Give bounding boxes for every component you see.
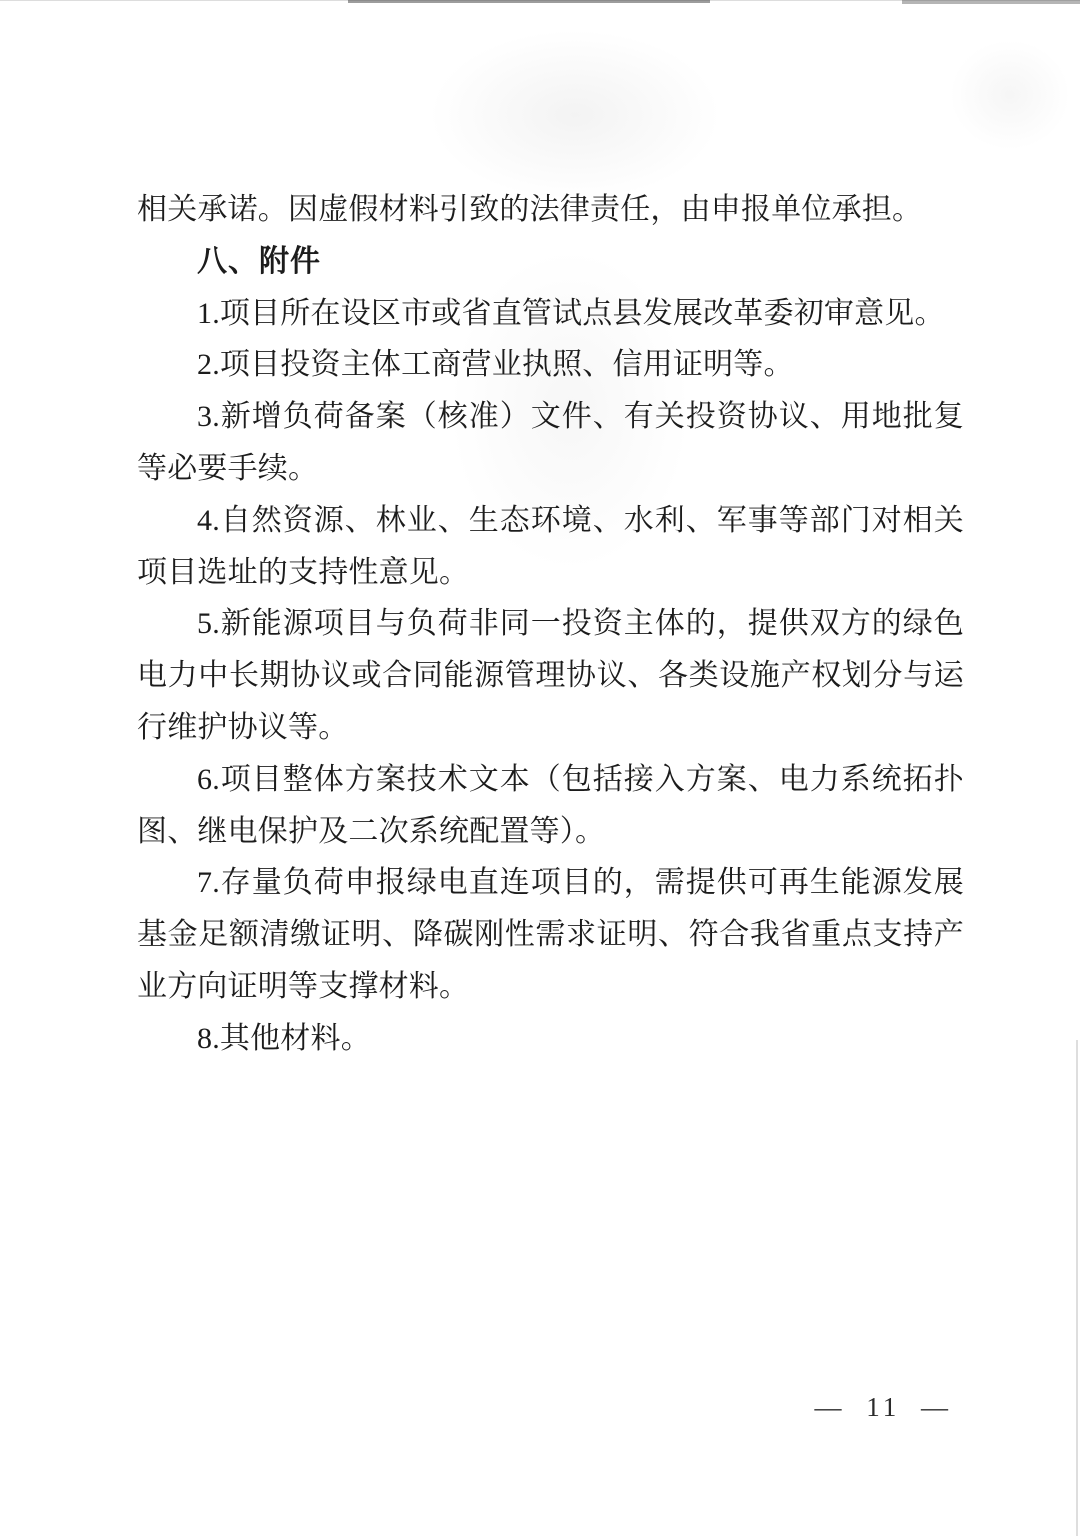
section-heading-attachments: 八、附件 bbox=[137, 236, 964, 288]
list-item-2: 2.项目投资主体工商营业执照、信用证明等。 bbox=[137, 339, 964, 391]
list-item-7: 7.存量负荷申报绿电直连项目的，需提供可再生能源发展基金足额清缴证明、降碳刚性需… bbox=[137, 857, 964, 1012]
scan-artifact-smudge bbox=[950, 40, 1070, 150]
list-item-4: 4.自然资源、林业、生态环境、水利、军事等部门对相关项目选址的支持性意见。 bbox=[137, 495, 964, 599]
list-item-8: 8.其他材料。 bbox=[137, 1013, 964, 1065]
page-number: — 11 — bbox=[815, 1392, 953, 1423]
scan-artifact-right-edge-line bbox=[1076, 1040, 1078, 1536]
continuation-paragraph: 相关承诺。因虚假材料引致的法律责任，由申报单位承担。 bbox=[137, 184, 964, 236]
scan-artifact-top-edge-segment bbox=[348, 0, 710, 3]
list-item-6: 6.项目整体方案技术文本（包括接入方案、电力系统拓扑图、继电保护及二次系统配置等… bbox=[137, 754, 964, 858]
list-item-1: 1.项目所在设区市或省直管试点县发展改革委初审意见。 bbox=[137, 288, 964, 340]
scan-artifact-top-edge-segment bbox=[902, 0, 1080, 4]
document-page: 相关承诺。因虚假材料引致的法律责任，由申报单位承担。 八、附件 1.项目所在设区… bbox=[0, 0, 1080, 1536]
list-item-5: 5.新能源项目与负荷非同一投资主体的，提供双方的绿色电力中长期协议或合同能源管理… bbox=[137, 598, 964, 753]
document-body: 相关承诺。因虚假材料引致的法律责任，由申报单位承担。 八、附件 1.项目所在设区… bbox=[137, 184, 964, 1065]
list-item-3: 3.新增负荷备案（核准）文件、有关投资协议、用地批复等必要手续。 bbox=[137, 391, 964, 495]
scan-artifact-smudge bbox=[430, 30, 720, 200]
